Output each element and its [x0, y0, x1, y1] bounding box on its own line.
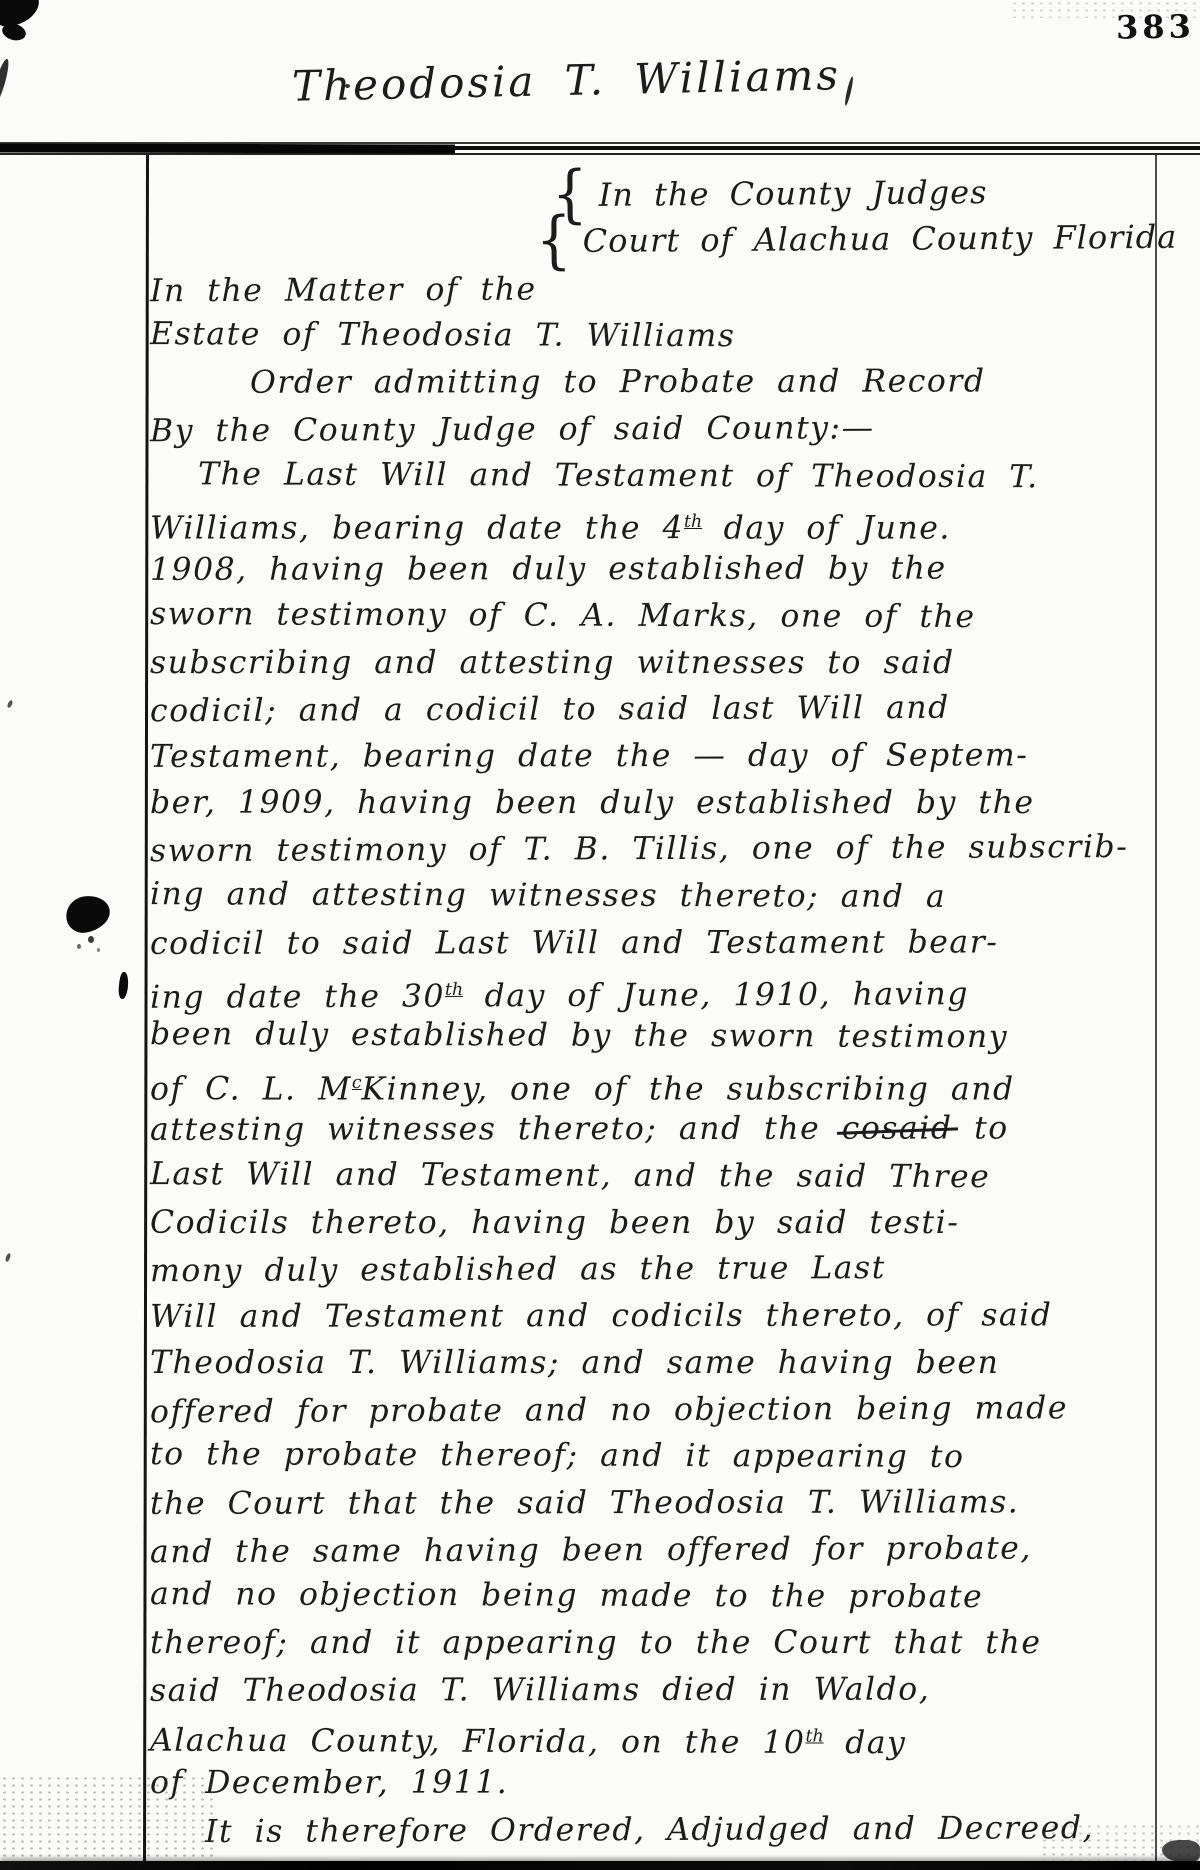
- scan-noise-bottom-left: [0, 1775, 215, 1863]
- struck-word: cosaid: [842, 1111, 953, 1147]
- handwritten-line: codicil to said Last Will and Testament …: [150, 919, 1196, 968]
- caption-text: Court of Alachua County Florida: [583, 218, 1178, 260]
- ink-speck: [97, 948, 100, 952]
- edge-speck: [6, 700, 13, 709]
- edge-speck: [5, 1253, 12, 1263]
- ink-speck: [88, 936, 94, 943]
- caption-text: In the County Judges: [599, 173, 988, 214]
- scan-edge-band: [0, 1861, 1200, 1870]
- page-number: 383: [1116, 7, 1195, 46]
- handwritten-line: said Theodosia T. Williams died in Waldo…: [150, 1666, 1196, 1715]
- handwritten-line: thereof; and it appearing to the Court t…: [150, 1620, 1196, 1667]
- handwritten-line: Estate of Theodosia T. Williams: [150, 311, 1196, 361]
- handwritten-line: Theodosia T. Williams; and same having b…: [150, 1340, 1196, 1387]
- scan-corner-artifact: [0, 21, 27, 43]
- handwritten-line: Testament, bearing date the — day of Sep…: [150, 732, 1196, 781]
- handwritten-line: By the County Judge of said County:—: [150, 404, 1196, 455]
- handwritten-line: mony duly established as the true Last: [150, 1244, 1196, 1295]
- handwritten-line: In the Matter of the: [150, 264, 1196, 315]
- handwritten-line: and no objection being made to the proba…: [150, 1571, 1196, 1621]
- scan-smudge-bottom-right: [1162, 1840, 1200, 1862]
- stray-pen-stroke: [844, 76, 855, 106]
- handwritten-line: ber, 1909, having been duly established …: [150, 780, 1196, 827]
- handwritten-line: Codicils thereto, having been by said te…: [150, 1200, 1196, 1247]
- handwritten-line: Alachua County, Florida, on the 10th day: [150, 1711, 1196, 1761]
- margin-pen-mark: [118, 972, 130, 1000]
- stray-ink-dot: [345, 84, 350, 88]
- handwritten-line: been duly established by the sworn testi…: [150, 1011, 1196, 1061]
- handwritten-line: to the probate thereof; and it appearing…: [150, 1431, 1196, 1481]
- header-rule: [0, 142, 1200, 160]
- handwritten-line: and the same having been offered for pro…: [150, 1524, 1196, 1575]
- handwritten-line: ing date the 30th day of June, 1910, hav…: [150, 964, 1196, 1015]
- caption-brace: {: [536, 215, 573, 267]
- header-rule-thick-left: [0, 144, 455, 154]
- page-heading: Theodosia T. Williams: [292, 50, 842, 110]
- left-margin-rule: [143, 155, 149, 1870]
- document-page: 383 Theodosia T. Williams {In the County…: [0, 0, 1200, 1870]
- handwritten-line: subscribing and attesting witnesses to s…: [150, 640, 1196, 687]
- header-rule-line-bottom: [0, 153, 1200, 155]
- handwritten-line: sworn testimony of C. A. Marks, one of t…: [150, 591, 1196, 641]
- ink-speck: [77, 944, 81, 949]
- scan-corner-artifact: [0, 58, 11, 107]
- handwritten-line: 1908, having been duly established by th…: [150, 545, 1196, 594]
- handwritten-line: Order admitting to Probate and Record: [150, 358, 1196, 407]
- handwritten-line: Last Will and Testament, and the said Th…: [150, 1151, 1196, 1201]
- handwritten-line: Will and Testament and codicils thereto,…: [150, 1292, 1196, 1341]
- ink-blot: [63, 893, 112, 935]
- handwritten-line: sworn testimony of T. B. Tillis, one of …: [150, 824, 1196, 875]
- handwritten-line: the Court that the said Theodosia T. Wil…: [150, 1479, 1196, 1528]
- handwritten-line: of December, 1911.: [150, 1760, 1196, 1807]
- court-caption-row: {In the County Judges: [552, 168, 1178, 218]
- handwritten-line: ing and attesting witnesses thereto; and…: [150, 871, 1196, 921]
- handwritten-line: of C. L. McKinney, one of the subscribin…: [150, 1060, 1196, 1107]
- document-body: In the Matter of theEstate of Theodosia …: [150, 266, 1196, 1853]
- handwritten-line: codicil; and a codicil to said last Will…: [150, 684, 1196, 735]
- court-caption: {In the County Judges{Court of Alachua C…: [552, 170, 1177, 262]
- handwritten-line: offered for probate and no objection bei…: [150, 1384, 1196, 1435]
- handwritten-line: The Last Will and Testament of Theodosia…: [150, 451, 1196, 501]
- handwritten-line: attesting witnesses thereto; and the cos…: [150, 1105, 1196, 1154]
- handwritten-line: Williams, bearing date the 4th day of Ju…: [150, 499, 1196, 546]
- court-caption-row: {Court of Alachua County Florida: [536, 214, 1178, 264]
